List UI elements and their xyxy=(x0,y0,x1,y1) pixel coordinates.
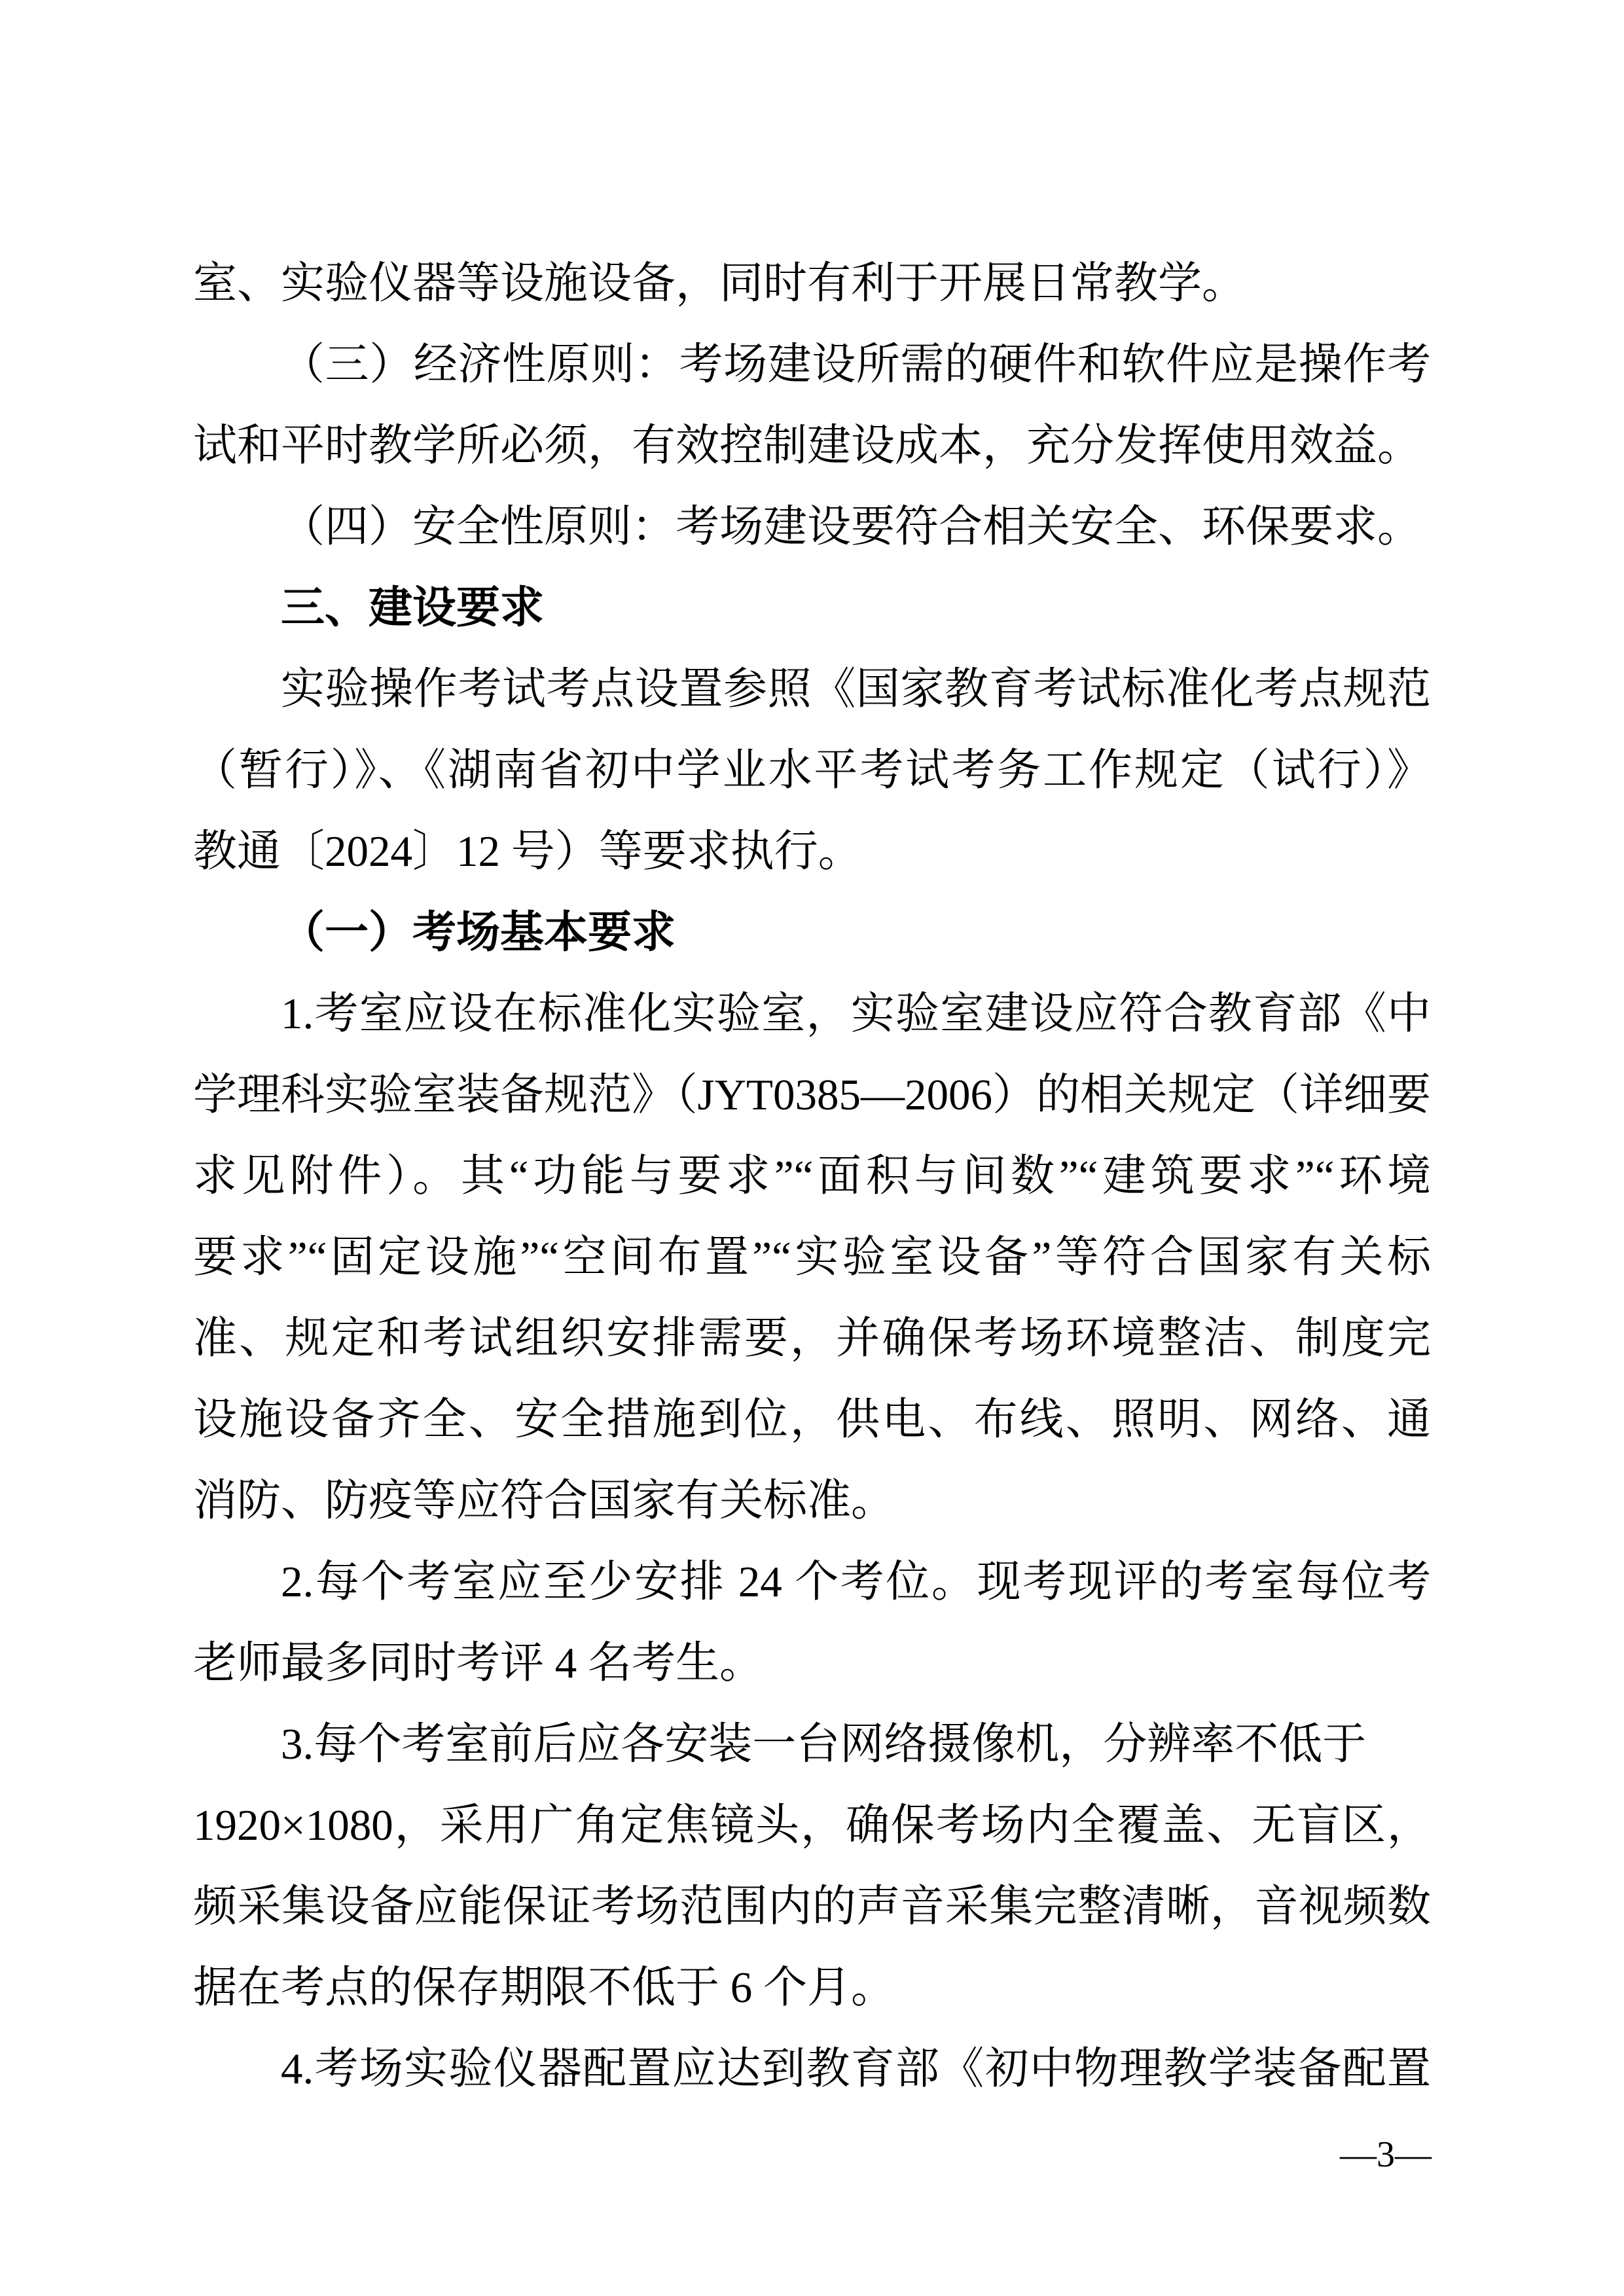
doc-line: 要求”“固定设施”“空间布置”“实验室设备”等符合国家有关标 xyxy=(193,1217,1431,1298)
doc-line: 学理科实验室装备规范》（JYT0385—2006）的相关规定（详细要 xyxy=(193,1054,1431,1136)
doc-line: 消防、防疫等应符合国家有关标准。 xyxy=(193,1460,1431,1541)
doc-line: 室、实验仪器等设施设备，同时有利于开展日常教学。 xyxy=(193,243,1431,324)
section-heading: 三、建设要求 xyxy=(193,567,1431,649)
doc-line: 4.考场实验仪器配置应达到教育部《初中物理教学装备配置标 xyxy=(193,2028,1431,2109)
doc-line: 准、规定和考试组织安排需要，并确保考场环境整洁、制度完善、 xyxy=(193,1298,1431,1379)
doc-line: 频采集设备应能保证考场范围内的声音采集完整清晰，音视频数 xyxy=(193,1866,1431,1947)
page-number: —3— xyxy=(1340,2125,1432,2184)
sub-heading: （一）考场基本要求 xyxy=(193,892,1431,973)
doc-line: 3.每个考室前后应各安装一台网络摄像机，分辨率不低于 xyxy=(193,1704,1431,1785)
doc-line: 1920×1080，采用广角定焦镜头，确保考场内全覆盖、无盲区，音 xyxy=(193,1785,1431,1866)
doc-line: 求见附件）。其“功能与要求”“面积与间数”“建筑要求”“环境 xyxy=(193,1136,1431,1217)
document-body: 室、实验仪器等设施设备，同时有利于开展日常教学。 （三）经济性原则：考场建设所需… xyxy=(193,243,1431,2109)
doc-line: 1.考室应设在标准化实验室，实验室建设应符合教育部《中小 xyxy=(193,973,1431,1054)
doc-line: （三）经济性原则：考场建设所需的硬件和软件应是操作考 xyxy=(193,324,1431,405)
doc-line: （暂行）》、《湖南省初中学业水平考试考务工作规定（试行）》（湘 xyxy=(193,730,1431,811)
doc-line: 实验操作考试考点设置参照《国家教育考试标准化考点规范 xyxy=(193,649,1431,730)
doc-line: 试和平时教学所必须，有效控制建设成本，充分发挥使用效益。 xyxy=(193,405,1431,486)
doc-line: （四）安全性原则：考场建设要符合相关安全、环保要求。 xyxy=(193,486,1431,567)
document-page: 室、实验仪器等设施设备，同时有利于开展日常教学。 （三）经济性原则：考场建设所需… xyxy=(0,0,1624,2296)
doc-line: 教通〔2024〕12 号）等要求执行。 xyxy=(193,811,1431,892)
doc-line: 据在考点的保存期限不低于 6 个月。 xyxy=(193,1947,1431,2028)
doc-line: 2.每个考室应至少安排 24 个考位。现考现评的考室每位考评 xyxy=(193,1541,1431,1623)
doc-line: 老师最多同时考评 4 名考生。 xyxy=(193,1623,1431,1704)
doc-line: 设施设备齐全、安全措施到位，供电、布线、照明、网络、通风、 xyxy=(193,1379,1431,1460)
